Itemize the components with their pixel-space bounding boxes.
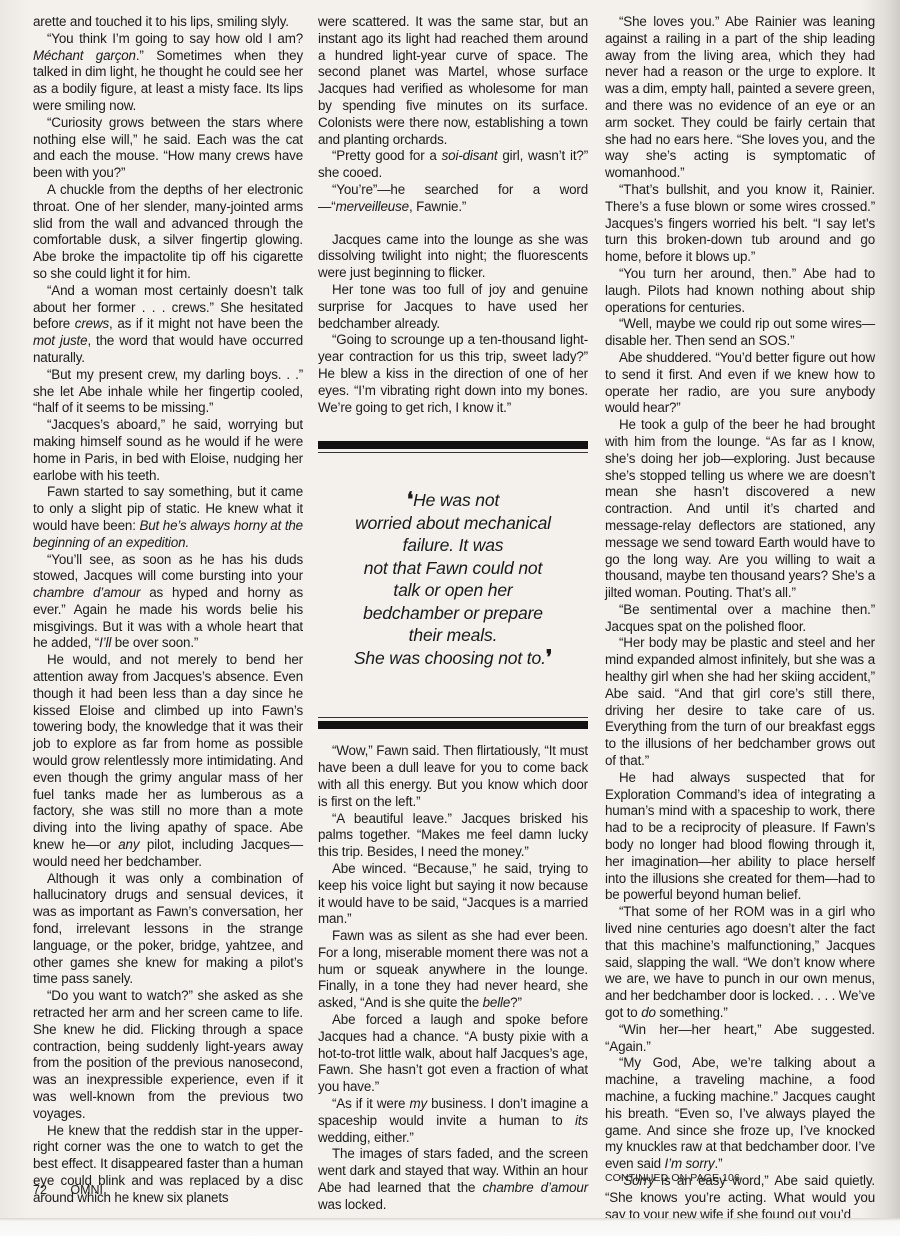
pull-quote-line: failure. It was bbox=[403, 535, 504, 555]
thick-rule bbox=[318, 721, 588, 729]
thin-rule bbox=[318, 452, 588, 453]
pull-quote-line: She was choosing not to. bbox=[354, 648, 546, 668]
paragraph: Abe shuddered. “You’d better figure out … bbox=[605, 350, 875, 417]
pull-quote-line: worried about mechanical bbox=[355, 513, 551, 533]
paragraph: Fawn started to say something, but it ca… bbox=[33, 484, 303, 551]
pull-quote-line: talk or open her bbox=[393, 580, 512, 600]
pullquote-top-rule bbox=[318, 441, 588, 453]
paragraph: Although it was only a combination of ha… bbox=[33, 871, 303, 989]
pull-quote-line: bedchamber or prepare bbox=[363, 603, 543, 623]
paragraph: arette and touched it to his lips, smili… bbox=[33, 14, 303, 31]
pull-quote-line: their meals. bbox=[409, 625, 498, 645]
article-column-2: were scattered. It was the same star, bu… bbox=[318, 14, 588, 1214]
pull-quote-line: He was not bbox=[413, 490, 499, 510]
thick-rule bbox=[318, 441, 588, 449]
magazine-page: arette and touched it to his lips, smili… bbox=[0, 0, 900, 1236]
paragraph: “Jacques’s aboard,” he said, worrying bu… bbox=[33, 417, 303, 484]
thin-rule bbox=[318, 717, 588, 718]
paragraph: Abe winced. “Because,” he said, trying t… bbox=[318, 861, 588, 928]
paragraph: “That some of her ROM was in a girl who … bbox=[605, 904, 875, 1022]
paragraph: Her tone was too full of joy and genuine… bbox=[318, 282, 588, 332]
paragraph: Jacques came into the lounge as she was … bbox=[318, 232, 588, 282]
paragraph: “You’ll see, as soon as he has his duds … bbox=[33, 552, 303, 653]
page-bottom-edge bbox=[0, 1218, 900, 1236]
paragraph: Abe forced a laugh and spoke before Jacq… bbox=[318, 1012, 588, 1096]
paragraph: “But my present crew, my darling boys. .… bbox=[33, 367, 303, 417]
article-column-1: arette and touched it to his lips, smili… bbox=[33, 14, 303, 1207]
paragraph: “My God, Abe, we’re talking about a mach… bbox=[605, 1055, 875, 1173]
paragraph: “Going to scrounge up a ten-thousand lig… bbox=[318, 332, 588, 416]
paragraph: “Pretty good for a soi-disant girl, wasn… bbox=[318, 148, 588, 182]
paragraph: A chuckle from the depths of her electro… bbox=[33, 182, 303, 283]
paragraph: “A beautiful leave.” Jacques brisked his… bbox=[318, 811, 588, 861]
close-quote-icon: ❜ bbox=[546, 647, 552, 669]
paragraph: The images of stars faded, and the scree… bbox=[318, 1146, 588, 1213]
paragraph: “You’re”—he searched for a word—“merveil… bbox=[318, 182, 588, 216]
paragraph: “Wow,” Fawn said. Then flirtatiously, “I… bbox=[318, 743, 588, 810]
article-column-3: “She loves you.” Abe Rainier was leaning… bbox=[605, 14, 875, 1223]
paragraph: were scattered. It was the same star, bu… bbox=[318, 14, 588, 148]
paragraph: “Curiosity grows between the stars where… bbox=[33, 115, 303, 182]
paragraph: “Do you want to watch?” she asked as she… bbox=[33, 988, 303, 1122]
column-2-top-text: were scattered. It was the same star, bu… bbox=[318, 14, 588, 416]
pullquote-bottom-rule bbox=[318, 717, 588, 729]
paragraph: “You turn her around, then.” Abe had to … bbox=[605, 266, 875, 316]
paragraph: “Win her—her heart,” Abe suggested. “Aga… bbox=[605, 1022, 875, 1056]
paragraph: He would, and not merely to bend her att… bbox=[33, 652, 303, 870]
page-number: 72 bbox=[33, 1183, 47, 1197]
paragraph: “That’s bullshit, and you know it, Raini… bbox=[605, 182, 875, 266]
paragraph: “She loves you.” Abe Rainier was leaning… bbox=[605, 14, 875, 182]
pull-quote: ❛He was not worried about mechanical fai… bbox=[326, 489, 580, 669]
paragraph: “And a woman most certainly doesn’t talk… bbox=[33, 283, 303, 367]
paragraph: He had always suspected that for Explora… bbox=[605, 770, 875, 904]
paragraph: “Be sentimental over a machine then.” Ja… bbox=[605, 602, 875, 636]
paragraph: Fawn was as silent as she had ever been.… bbox=[318, 928, 588, 1012]
paragraph: “Her body may be plastic and steel and h… bbox=[605, 635, 875, 769]
paragraph: “Well, maybe we could rip out some wires… bbox=[605, 316, 875, 350]
paragraph: “As if it were my business. I don’t imag… bbox=[318, 1096, 588, 1146]
page-folio: 72 OMNI bbox=[33, 1183, 103, 1197]
pull-quote-line: not that Fawn could not bbox=[364, 558, 542, 578]
paragraph: “You think I’m going to say how old I am… bbox=[33, 31, 303, 115]
column-2-bottom-text: “Wow,” Fawn said. Then flirtatiously, “I… bbox=[318, 743, 588, 1213]
paragraph: He took a gulp of the beer he had brough… bbox=[605, 417, 875, 602]
magazine-name: OMNI bbox=[70, 1183, 103, 1197]
continued-on-page-note: CONTINUED ON PAGE 106 bbox=[605, 1172, 740, 1184]
